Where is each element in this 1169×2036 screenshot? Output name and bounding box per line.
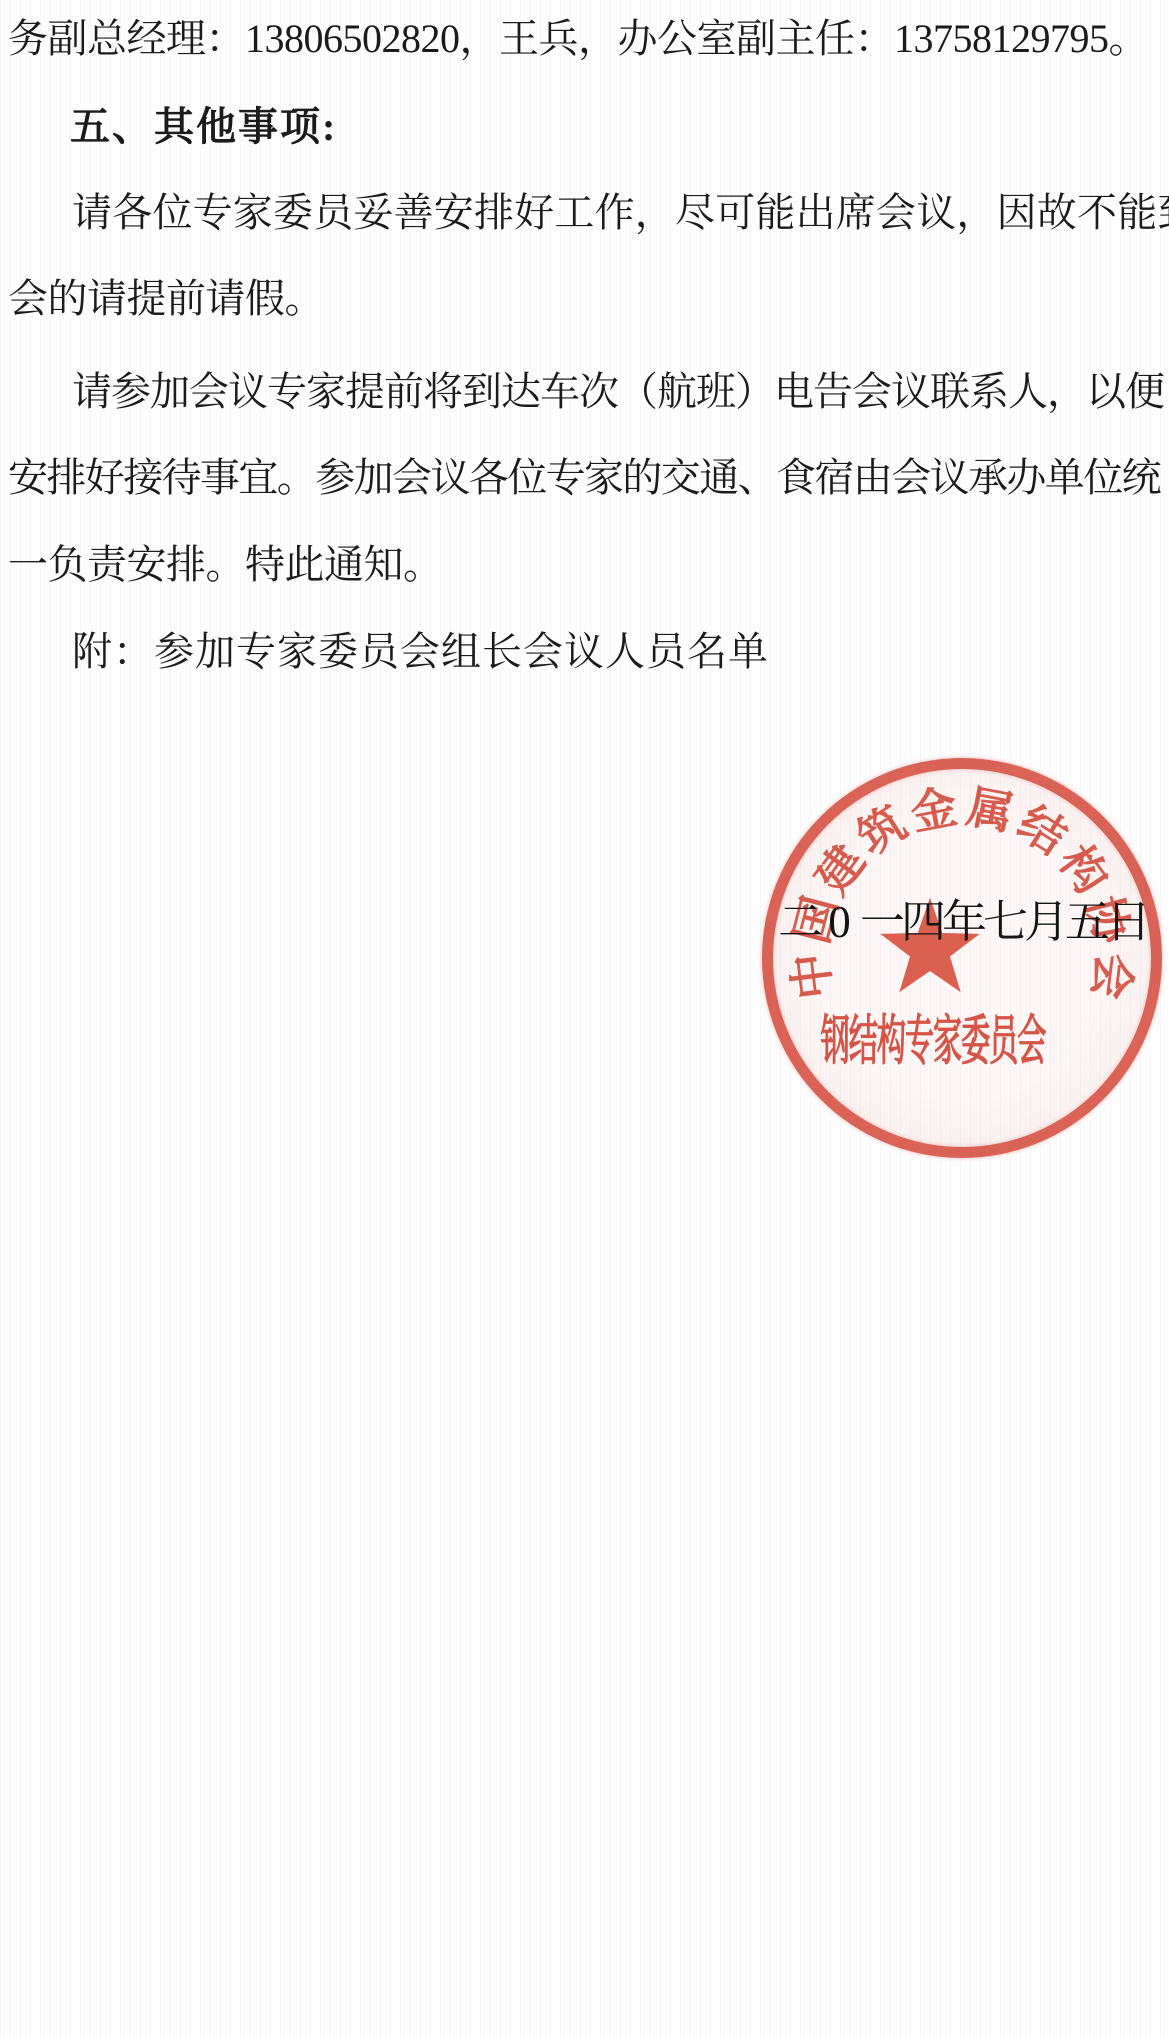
official-seal: 中国建筑金属结构协会 钢结构专家委员会 [762,758,1162,1158]
seal-arc-char: 会 [1085,951,1136,1002]
date-char: 七 [983,896,1024,948]
seal-arc-char: 属 [963,784,1017,838]
date-char: 日 [1106,896,1147,948]
date-char: 年 [942,896,983,948]
seal-arc-char: 中 [787,951,838,1002]
attachment-note: 附：参加专家委员会组长会议人员名单 [72,627,769,677]
date-char: 0 [819,896,860,948]
seal-bottom-text: 钢结构专家委员会 [821,1010,1046,1072]
body-line: 请参加会议专家提前将到达车次（航班）电告会议联系人，以便 [72,367,1164,417]
date-char: 二 [778,896,819,948]
section-heading: 五、其他事项: [70,102,337,152]
date-char: 五 [1065,896,1106,948]
body-line: 会的请提前请假。 [8,274,324,324]
date-char: 月 [1024,896,1065,948]
body-line: 安排好接待事宜。参加会议各位专家的交通、食宿由会议承办单位统 [8,453,1160,503]
date-char: 四 [901,896,942,948]
date-line: 二0一四年七月五日 [778,896,1147,948]
body-line: 务副总经理：13806502820，王兵，办公室副主任：13758129795。 [8,14,1148,64]
body-line: 一负责安排。特此通知。 [8,540,443,590]
seal-arc-char: 金 [907,784,961,838]
body-line: 请各位专家委员妥善安排好工作，尽可能出席会议，因故不能到 [72,188,1169,238]
document-page: 务副总经理：13806502820，王兵，办公室副主任：13758129795。… [0,0,1169,2036]
date-char: 一 [860,896,901,948]
